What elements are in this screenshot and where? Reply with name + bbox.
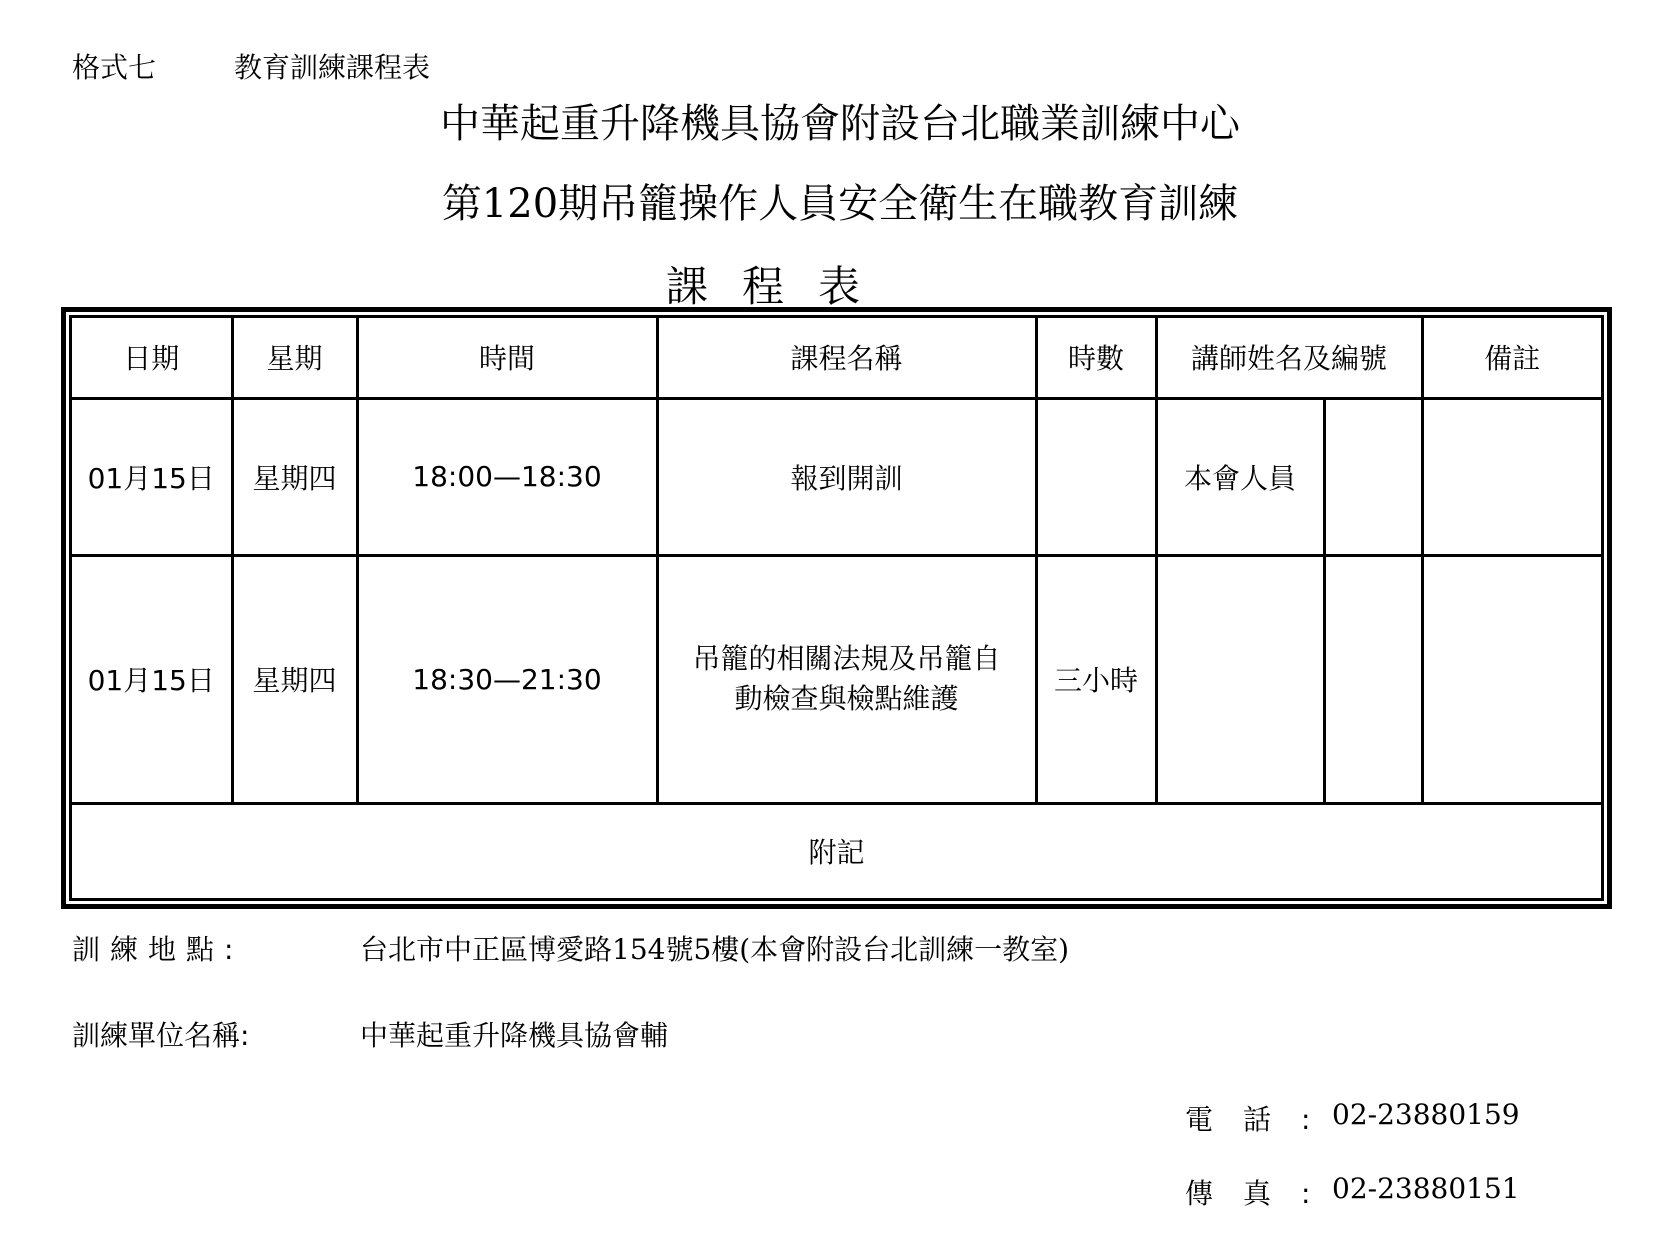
form-code: 格式七 [72, 46, 156, 86]
cell-remarks [1422, 398, 1601, 555]
course-line-2: 動檢查與檢點維護 [659, 679, 1035, 719]
schedule-table: 日期 星期 時間 課程名稱 時數 講師姓名及編號 備註 01月15日 星期四 1… [72, 318, 1601, 898]
schedule-table-inner-frame: 日期 星期 時間 課程名稱 時數 講師姓名及編號 備註 01月15日 星期四 1… [69, 315, 1604, 901]
schedule-table-frame: 日期 星期 時間 課程名稱 時數 講師姓名及編號 備註 01月15日 星期四 1… [61, 307, 1612, 909]
header-hours: 時數 [1036, 318, 1156, 398]
header-date: 日期 [72, 318, 232, 398]
phone-label: 電話: [1185, 1098, 1340, 1138]
fax-label: 傳真: [1185, 1172, 1340, 1212]
header-instructor: 講師姓名及編號 [1156, 318, 1422, 398]
unit-label: 訓練單位名稱: [72, 1014, 249, 1054]
cell-remarks [1422, 555, 1601, 803]
form-name: 教育訓練課程表 [234, 46, 430, 86]
cell-time: 18:30—21:30 [357, 555, 657, 803]
cell-course: 吊籠的相關法規及吊籠自 動檢查與檢點維護 [657, 555, 1036, 803]
note-row: 附記 [72, 803, 1601, 898]
header-time: 時間 [357, 318, 657, 398]
cell-course: 報到開訓 [657, 398, 1036, 555]
course-line-1: 吊籠的相關法規及吊籠自 [659, 639, 1035, 679]
table-header-row: 日期 星期 時間 課程名稱 時數 講師姓名及編號 備註 [72, 318, 1601, 398]
location-value: 台北市中正區博愛路154號5樓(本會附設台北訓練一教室) [360, 928, 1069, 968]
cell-weekday: 星期四 [232, 555, 357, 803]
organization-title: 中華起重升降機具協會附設台北職業訓練中心 [0, 92, 1655, 149]
cell-hours: 三小時 [1036, 555, 1156, 803]
table-row: 01月15日 星期四 18:00—18:30 報到開訓 本會人員 [72, 398, 1601, 555]
cell-date: 01月15日 [72, 555, 232, 803]
schedule-title: 課程表 [0, 254, 1560, 314]
header-remarks: 備註 [1422, 318, 1601, 398]
cell-hours [1036, 398, 1156, 555]
cell-instructor-name: 本會人員 [1156, 398, 1324, 555]
cell-instructor-name [1156, 555, 1324, 803]
course-title: 第120期吊籠操作人員安全衛生在職教育訓練 [0, 172, 1655, 229]
header-weekday: 星期 [232, 318, 357, 398]
cell-instructor-id [1324, 398, 1422, 555]
location-label: 訓練地點: [72, 928, 243, 968]
cell-instructor-id [1324, 555, 1422, 803]
cell-time: 18:00—18:30 [357, 398, 657, 555]
unit-value: 中華起重升降機具協會輔 [360, 1014, 668, 1054]
table-row: 01月15日 星期四 18:30—21:30 吊籠的相關法規及吊籠自 動檢查與檢… [72, 555, 1601, 803]
note-label: 附記 [72, 803, 1601, 898]
cell-date: 01月15日 [72, 398, 232, 555]
cell-weekday: 星期四 [232, 398, 357, 555]
fax-value: 02-23880151 [1332, 1172, 1520, 1205]
header-course: 課程名稱 [657, 318, 1036, 398]
phone-value: 02-23880159 [1332, 1098, 1520, 1131]
